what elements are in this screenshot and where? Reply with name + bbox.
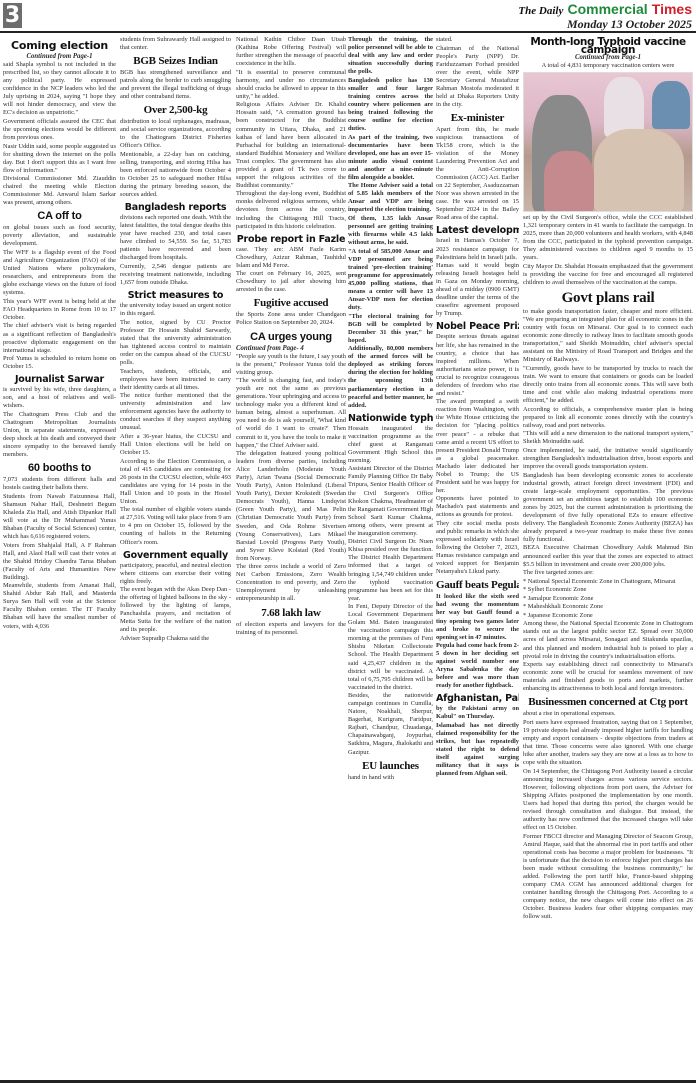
headline: CA urges young [236,331,346,344]
paragraph: divisions each reported one death. With … [120,214,231,262]
paragraph: "A total of 585,000 Ansar and VDP person… [348,248,433,312]
paragraph: The delegation featured young political … [236,450,346,563]
headline: Govt plans rail [523,290,693,307]
bottom-rule-divider [0,1080,696,1083]
paragraph: Adviser Supradip Chakma said the [120,635,231,643]
paragraph: hand in hand with [348,774,433,782]
paragraph: "It is essential to preserve communal ha… [236,69,346,101]
paragraph: On 14 September, the Chittagong Port Aut… [523,768,693,832]
paragraph: After a 36-year hiatus, the CUCSU and Ha… [120,433,231,457]
paragraph: The three zeros include a world of Zero … [236,563,346,603]
paragraph: Divisional Commissioner Md. Ziauddin cha… [3,175,116,207]
page-number-badge: 3 [3,3,22,28]
paragraph: participatory, peaceful, and neutral ele… [120,562,231,586]
paragraph: Israel in Hamas's October 7, 2023 resist… [436,237,519,261]
article-latest-developments: Latest developments Israel in Hamas's Oc… [436,225,519,318]
paragraph: Assistant Director of the District Famil… [348,465,433,537]
paragraph: In Feni, Deputy Director of the Local Go… [348,603,433,692]
paragraph: to make goods transportation faster, che… [523,308,693,364]
paragraph: The event began with the Akas Deep Dan -… [120,586,231,634]
issue-date: Monday 13 October 2025 [567,17,692,32]
article-journalist-sarwar: Journalist Sarwar is survived by his wif… [3,374,116,459]
headline: Gauff beats Pegula [436,579,519,592]
headline: EU launches [348,760,433,773]
article-60-booths: 60 booths to 7,073 students from differe… [3,462,116,630]
paragraph: Of them, 1.35 lakh Ansar personnel are g… [348,215,433,247]
headline: Bangladesh reports [120,202,231,213]
paragraph: Currently, 2,546 dengue patients are rec… [120,263,231,287]
paragraph: The chief adviser's visit is being regar… [3,322,116,354]
paragraph: of election experts and lawyers for the … [236,621,346,637]
paragraph: City Mayor Dr. Shahdat Hossain emphasize… [523,263,693,287]
paragraph: Hamas said it would begin releasing Isra… [436,262,519,318]
paragraph: Pegula had come back from 2-5 down in he… [436,642,519,690]
photo-figure-child [544,151,594,212]
paragraph: on global issues such as food security, … [3,224,116,248]
paragraph: Port users have expressed frustration, s… [523,719,693,767]
headline: Strict measures to [120,290,231,301]
paragraph: Once implemented, he said, the initiativ… [523,447,693,471]
paragraph: Among these, the National Special Econom… [523,620,693,660]
headline: Afghanistan, Pakistan [436,693,519,704]
paragraph: BEZA Executive Chairman Chowdhury Ashik … [523,544,693,568]
paragraph: Throughout the day-long event, Buddhist … [236,190,346,230]
article-government-equally: Government equally participatory, peacef… [120,550,231,643]
article-ca-off-to: CA off to on global issues such as food … [3,210,116,371]
column-5: stated. Chairman of the National People'… [436,36,519,1076]
column-2: students from Suhrawardy Hall assigned t… [120,36,231,1076]
paragraph: Nasir Uddin said, some people suggested … [3,143,116,175]
paragraph: case. They are: ABM Fazle Karim Chowdhur… [236,246,346,270]
paragraph: The notice, signed by CU Proctor Profess… [120,319,231,367]
paragraph: The Chattogram Press Club and the Chatto… [3,411,116,459]
paragraph: Besides, the nationwide campaign continu… [348,692,433,756]
article-fugitive-accused: Fugitive accused the Sports Zone area un… [236,297,346,327]
paragraph: The total number of eligible voters stan… [120,506,231,546]
paragraph: Bangladesh police has 130 smaller and fo… [348,77,433,133]
paragraph: This year's WFF event is being held at t… [3,298,116,322]
article-gauff-beats-pegula: Gauff beats Pegula It looked like the si… [436,579,519,690]
masthead: 3 The Daily Commercial Times Monday 13 O… [0,0,696,32]
article-npp: stated. Chairman of the National People'… [436,36,519,109]
continued-kicker: Continued from Page- 4 [236,345,346,353]
the-daily-label: The Daily [518,5,563,17]
paragraph: They cite social media posts and public … [436,520,519,576]
column-1: Coming election Continued from Page-1 sa… [3,36,116,1076]
top-rule-divider [0,31,696,33]
paragraph: is survived by his wife, three daughters… [3,386,116,410]
paragraph: set up by the Civil Surgeon's office, wh… [523,214,693,262]
paragraph: Apart from this, he made suspicious tran… [436,126,519,223]
paragraph: It looked like the sixth seed had swung … [436,593,519,641]
paragraph: said Shapla symbol is not included in th… [3,61,116,117]
list-item: * National Special Economic Zone in Chat… [523,578,693,586]
headline: Month-long Typhoid vaccine campaign [523,38,693,54]
paragraph: As part of the training, two documentari… [348,134,433,182]
article-hilsa: Over 2,500-kg distribution to local orph… [120,104,231,199]
paragraph: Teachers, students, officials, and emplo… [120,368,231,392]
paragraph: about a rise in operational expenses. [523,710,693,718]
headline: Fugitive accused [236,297,346,310]
article-kathin: National Kathin Chibor Daan Utsab (Kathi… [236,36,346,231]
paragraph: Meanwhile, students from Amanat Hall, Sh… [3,582,116,630]
paragraph: Bangladesh has been developing economic … [523,472,693,544]
headline: Coming election [3,39,116,52]
headline: Over 2,500-kg [120,104,231,117]
headline: Businessmen concerned at Ctg port [523,696,693,709]
paragraph: "People say youth is the future, I say y… [236,353,346,377]
paragraph: students from Suhrawardy Hall assigned t… [120,36,231,52]
article-ca-urges-young: CA urges young Continued from Page- 4 "P… [236,331,346,604]
paragraph: Chairman of the National People's Party … [436,45,519,109]
headline: Ex-minister [436,112,519,125]
list-item: * Maheshkhali Economic Zone [523,603,693,611]
paragraph: The WFF is a flagship event of the Food … [3,249,116,297]
paragraph: The five targeted zones are: [523,569,693,577]
article-nationwide-typhoid: Nationwide typhoid Hossain inaugurated t… [348,413,433,757]
headline: CA off to [3,210,116,223]
continued-kicker: Continued from Page-1 [3,53,116,61]
paragraph: The court on February 16, 2025, sent Cho… [236,270,346,294]
list-item: * Jamalpur Economic Zone [523,595,693,603]
headline: Nationwide typhoid [348,413,433,424]
paragraph: A total of 4,831 temporary vaccination c… [523,62,693,70]
article-govt-plans-rail: Govt plans rail to make goods transporta… [523,290,693,693]
paragraph: stated. [436,36,519,44]
article-ex-minister: Ex-minister Apart from this, he made sus… [436,112,519,223]
headline: BGB Seizes Indian [120,55,231,68]
article-eu-launches: EU launches hand in hand with [348,760,433,782]
paragraph: The award prompted a swift reaction from… [436,398,519,495]
paragraph: Government officials assured the CEC tha… [3,118,116,142]
paragraph: "The electoral training for BGB will be … [348,313,433,345]
photo-figure-woman [604,77,644,137]
paragraph: Despite serious threats against her life… [436,333,519,397]
headline: 7.68 lakh law [236,607,346,620]
paragraph: Former FBCCI director and Managing Direc… [523,833,693,922]
headline: Latest developments [436,225,519,236]
paragraph: Opponents have pointed to Machado's past… [436,495,519,519]
article-afghanistan-pakistan: Afghanistan, Pakistan by the Pakistani a… [436,693,519,778]
brand-times: Times [652,1,692,17]
paragraph: Through the training, the police personn… [348,36,433,76]
paragraph: According to officials, a comprehensive … [523,406,693,430]
paragraph: "The world is changing fast, and today's… [236,377,346,449]
paragraph: The notice further mentioned that the un… [120,392,231,432]
article-coming-election: Coming election Continued from Page-1 sa… [3,39,116,207]
vaccination-photo [523,72,693,212]
list-item: * Sylhet Economic Zone [523,586,693,594]
article-probe-report: Probe report in Fazle case. They are: AB… [236,234,346,295]
paragraph: the Sports Zone area under Chandgaon Pol… [236,311,346,327]
continued-kicker: Continued from Page-1 [523,54,693,62]
paragraph: Students from Nawab Faizunnesa Hall, Sha… [3,493,116,541]
paragraph: by the Pakistani army on Kabul" on Thurs… [436,705,519,721]
paragraph: Islamabad has not directly claimed respo… [436,722,519,778]
photo-figure-person [652,81,690,129]
paragraph: BGB has strengthened surveillance and pa… [120,69,231,101]
article-lakh-law: 7.68 lakh law of election experts and la… [236,607,346,637]
paragraph: Religious Affairs Adviser Dr. Khalid Hos… [236,101,346,190]
article-typhoid-campaign: Month-long Typhoid vaccine campaign Cont… [523,38,693,287]
newspaper-name: The Daily Commercial Times [518,1,692,18]
column-6: Month-long Typhoid vaccine campaign Cont… [523,36,693,1076]
paragraph: The Home Adviser said a total of 5.85 la… [348,182,433,214]
list-item: * Japanese Economic Zone [523,612,693,620]
article-strict-measures: Strict measures to the university today … [120,290,231,546]
paragraph: the university today issued an urgent no… [120,302,231,318]
paragraph: District Civil Surgeon Dr. Nuen Khisa pr… [348,538,433,602]
headline: Journalist Sarwar [3,374,116,385]
paragraph: Additionally, 80,000 members of the arme… [348,345,433,409]
column-4: Through the training, the police personn… [348,36,433,1076]
article-dengue: Bangladesh reports divisions each report… [120,202,231,287]
paragraph: Mentionable, a 22-day ban on catching, s… [120,151,231,199]
paragraph: According to the Election Commission, a … [120,458,231,506]
article-ctg-port: Businessmen concerned at Ctg port about … [523,696,693,921]
paragraph: "This will add a new dimension to the na… [523,430,693,446]
article-bgb-seizes: BGB Seizes Indian BGB has strengthened s… [120,55,231,101]
headline: 60 booths to [3,462,116,475]
paragraph: "Currently, goods have to be transported… [523,365,693,405]
article-nobel-peace-prize: Nobel Peace Prize for Despite serious th… [436,321,519,576]
paragraph: Voters from Shahjalal Hall, A F Rahman H… [3,542,116,582]
column-3: National Kathin Chibor Daan Utsab (Kathi… [236,36,346,1076]
paragraph: distribution to local orphanages, madras… [120,118,231,150]
headline: Government equally [120,550,231,561]
article-police-training: Through the training, the police personn… [348,36,433,410]
photo-figure-nurse [594,129,684,212]
paragraph: Prof Yunus is scheduled to return home o… [3,355,116,371]
headline: Probe report in Fazle [236,234,346,245]
paragraph: National Kathin Chibor Daan Utsab (Kathi… [236,36,346,68]
paragraph: 7,073 students from different halls and … [3,476,116,492]
paragraph: Experts say establishing direct rail con… [523,661,693,693]
headline: Nobel Peace Prize for [436,321,519,332]
paragraph: Hossain inaugurated the vaccination prog… [348,425,433,465]
brand-commercial: Commercial [567,1,647,17]
